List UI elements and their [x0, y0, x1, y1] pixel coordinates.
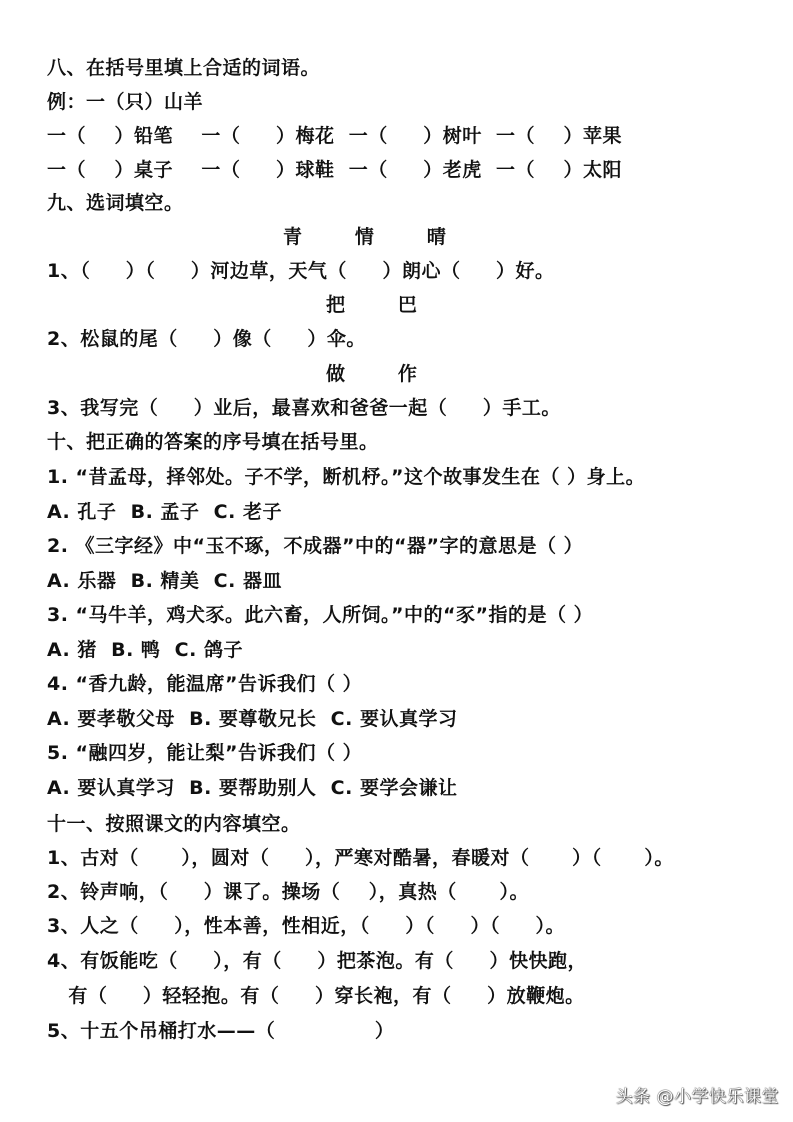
section-8-row-1: 一（ ）铅笔 一（ ）梅花 一（ ）树叶 一（ ）苹果 — [47, 124, 622, 148]
section-10-question-2: 2. 《三字经》中“玉不琢，不成器”中的“器”字的意思是（ ） — [47, 534, 583, 558]
section-8-row-2: 一（ ）桌子 一（ ）球鞋 一（ ）老虎 一（ ）太阳 — [47, 158, 622, 182]
section-10-options-3: A. 猪 B. 鸭 C. 鸽子 — [47, 638, 243, 662]
section-11-title: 十一、按照课文的内容填空。 — [47, 812, 301, 836]
section-11-question-4-line-1: 4、有饭能吃（ ），有（ ）把茶泡。有（ ）快快跑， — [47, 949, 587, 973]
section-10-options-4: A. 要孝敬父母 B. 要尊敬兄长 C. 要认真学习 — [47, 707, 457, 731]
section-11-question-4-line-2: 有（ ）轻轻抱。有（ ）穿长袍，有（ ）放鞭炮。 — [47, 984, 585, 1008]
section-11-question-3: 3、人之（ ），性本善，性相近，（ ）（ ）（ ）。 — [47, 914, 565, 938]
section-9-choices-1: 青 情 晴 — [283, 225, 446, 249]
section-11-question-1: 1、古对（ ），圆对（ ），严寒对酷暑，春暖对（ ）（ ）。 — [47, 846, 674, 870]
section-10-options-1: A. 孔子 B. 孟子 C. 老子 — [47, 500, 282, 524]
section-10-question-5: 5. “融四岁，能让梨”告诉我们（ ） — [47, 741, 362, 765]
section-11-question-2: 2、铃声响，（ ）课了。操场（ ），真热（ ）。 — [47, 880, 529, 904]
section-10-question-1: 1. “昔孟母，择邻处。子不学，断机杼。”这个故事发生在（ ）身上。 — [47, 465, 645, 489]
section-9-question-3: 3、我写完（ ）业后，最喜欢和爸爸一起（ ）手工。 — [47, 396, 561, 420]
section-9-choices-2: 把 巴 — [326, 293, 417, 317]
section-9-title: 九、选词填空。 — [47, 191, 184, 215]
section-10-question-4: 4. “香九龄，能温席”告诉我们（ ） — [47, 672, 362, 696]
section-9-question-2: 2、松鼠的尾（ ）像（ ）伞。 — [47, 327, 366, 351]
section-10-title: 十、把正确的答案的序号填在括号里。 — [47, 430, 379, 454]
worksheet-page: 八、在括号里填上合适的词语。 例：一（只）山羊 一（ ）铅笔 一（ ）梅花 一（… — [0, 0, 793, 1122]
section-9-choices-3: 做 作 — [326, 362, 417, 386]
section-8-example: 例：一（只）山羊 — [47, 90, 203, 114]
section-10-options-5: A. 要认真学习 B. 要帮助别人 C. 要学会谦让 — [47, 776, 457, 800]
section-10-options-2: A. 乐器 B. 精美 C. 器皿 — [47, 569, 282, 593]
section-11-question-5: 5、十五个吊桶打水——（ ） — [47, 1019, 394, 1043]
section-10-question-3: 3. “马牛羊，鸡犬豕。此六畜，人所饲。”中的“豕”指的是（ ） — [47, 603, 593, 627]
section-9-question-1: 1、（ ）（ ）河边草，天气（ ）朗心（ ）好。 — [47, 259, 555, 283]
section-8-title: 八、在括号里填上合适的词语。 — [47, 56, 320, 80]
watermark: 头条 @小学快乐课堂 — [616, 1082, 779, 1107]
